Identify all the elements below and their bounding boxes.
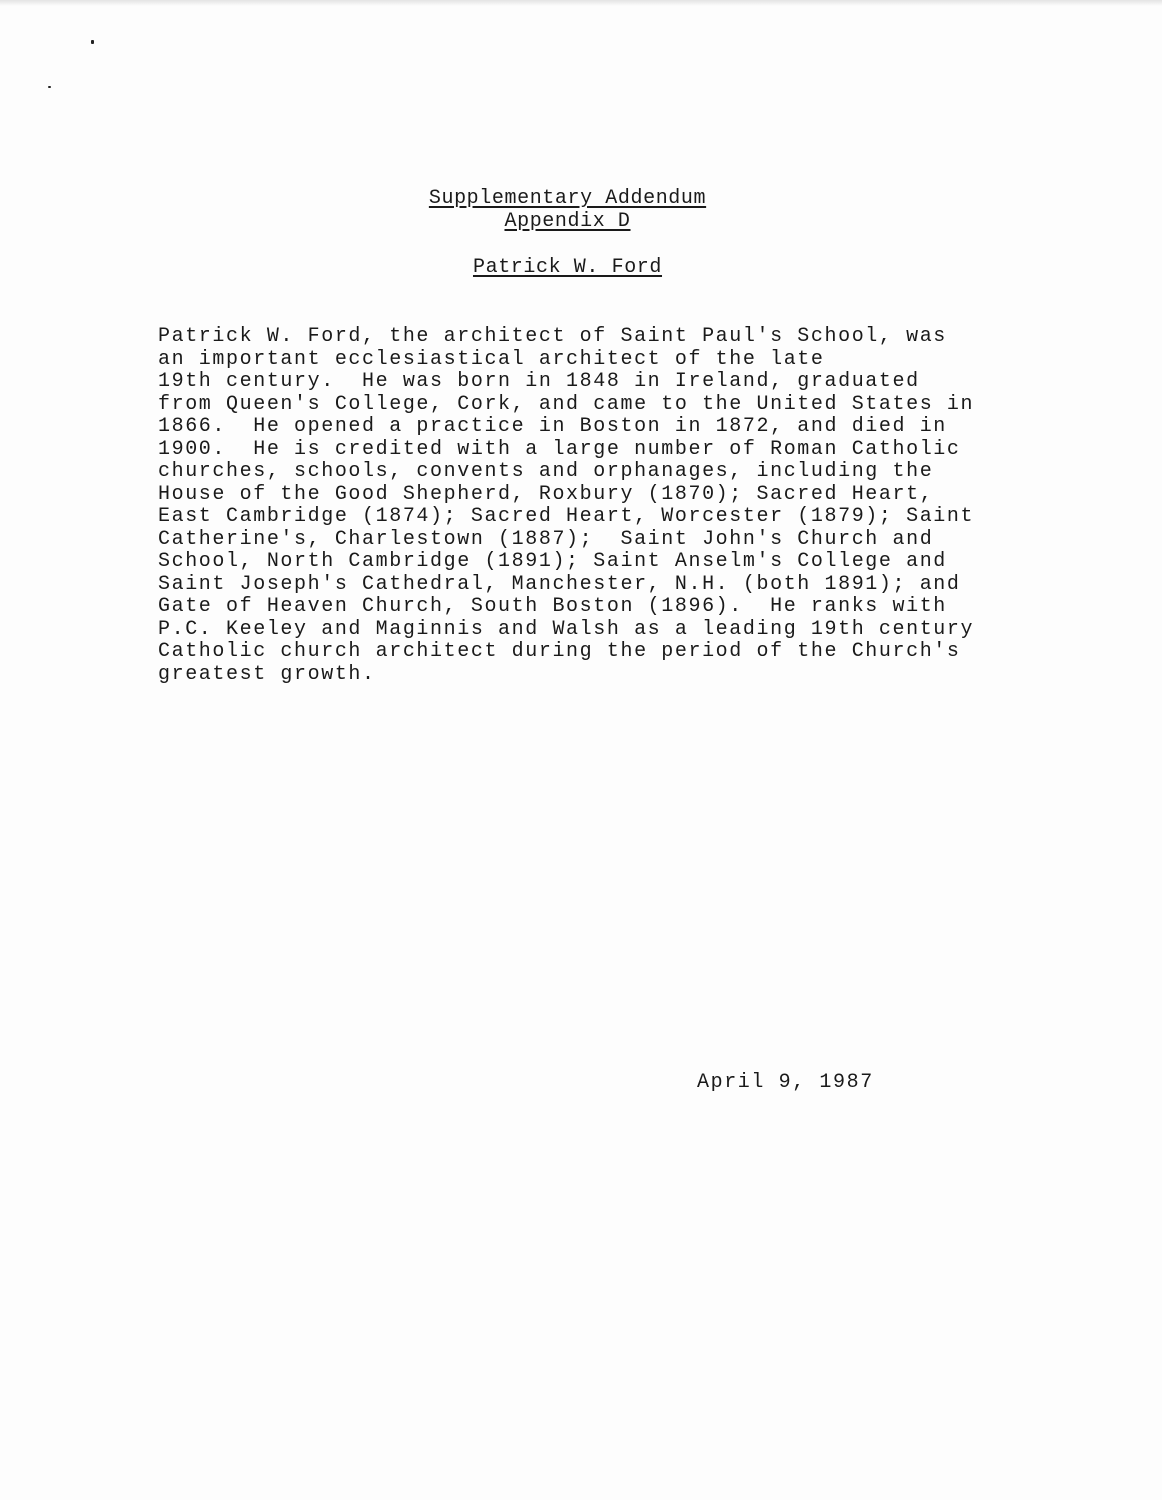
body-line: Catherine's, Charlestown (1887); Saint J… (158, 529, 998, 552)
body-line: School, North Cambridge (1891); Saint An… (158, 551, 998, 574)
body-line: Catholic church architect during the per… (158, 641, 998, 664)
scan-edge-shadow (0, 0, 1162, 6)
body-line: 1900. He is credited with a large number… (158, 439, 998, 462)
body-line: 19th century. He was born in 1848 in Ire… (158, 371, 998, 394)
document-date: April 9, 1987 (697, 1072, 874, 1094)
body-line: Gate of Heaven Church, South Boston (189… (158, 596, 998, 619)
document-page: Supplementary Addendum Appendix D Patric… (0, 0, 1162, 1500)
body-line: Patrick W. Ford, the architect of Saint … (158, 326, 998, 349)
body-line: East Cambridge (1874); Sacred Heart, Wor… (158, 506, 998, 529)
body-line: 1866. He opened a practice in Boston in … (158, 416, 998, 439)
body-line: from Queen's College, Cork, and came to … (158, 394, 998, 417)
document-title: Supplementary Addendum (0, 188, 1135, 210)
body-line: churches, schools, convents and orphanag… (158, 461, 998, 484)
body-line: greatest growth. (158, 664, 998, 687)
scan-speck (48, 86, 51, 88)
body-paragraph: Patrick W. Ford, the architect of Saint … (158, 326, 998, 686)
scan-speck (91, 40, 94, 44)
body-line: an important ecclesiastical architect of… (158, 349, 998, 372)
document-subject: Patrick W. Ford (0, 257, 1135, 279)
body-line: Saint Joseph's Cathedral, Manchester, N.… (158, 574, 998, 597)
body-line: P.C. Keeley and Maginnis and Walsh as a … (158, 619, 998, 642)
body-line: House of the Good Shepherd, Roxbury (187… (158, 484, 998, 507)
document-subtitle: Appendix D (0, 211, 1135, 233)
